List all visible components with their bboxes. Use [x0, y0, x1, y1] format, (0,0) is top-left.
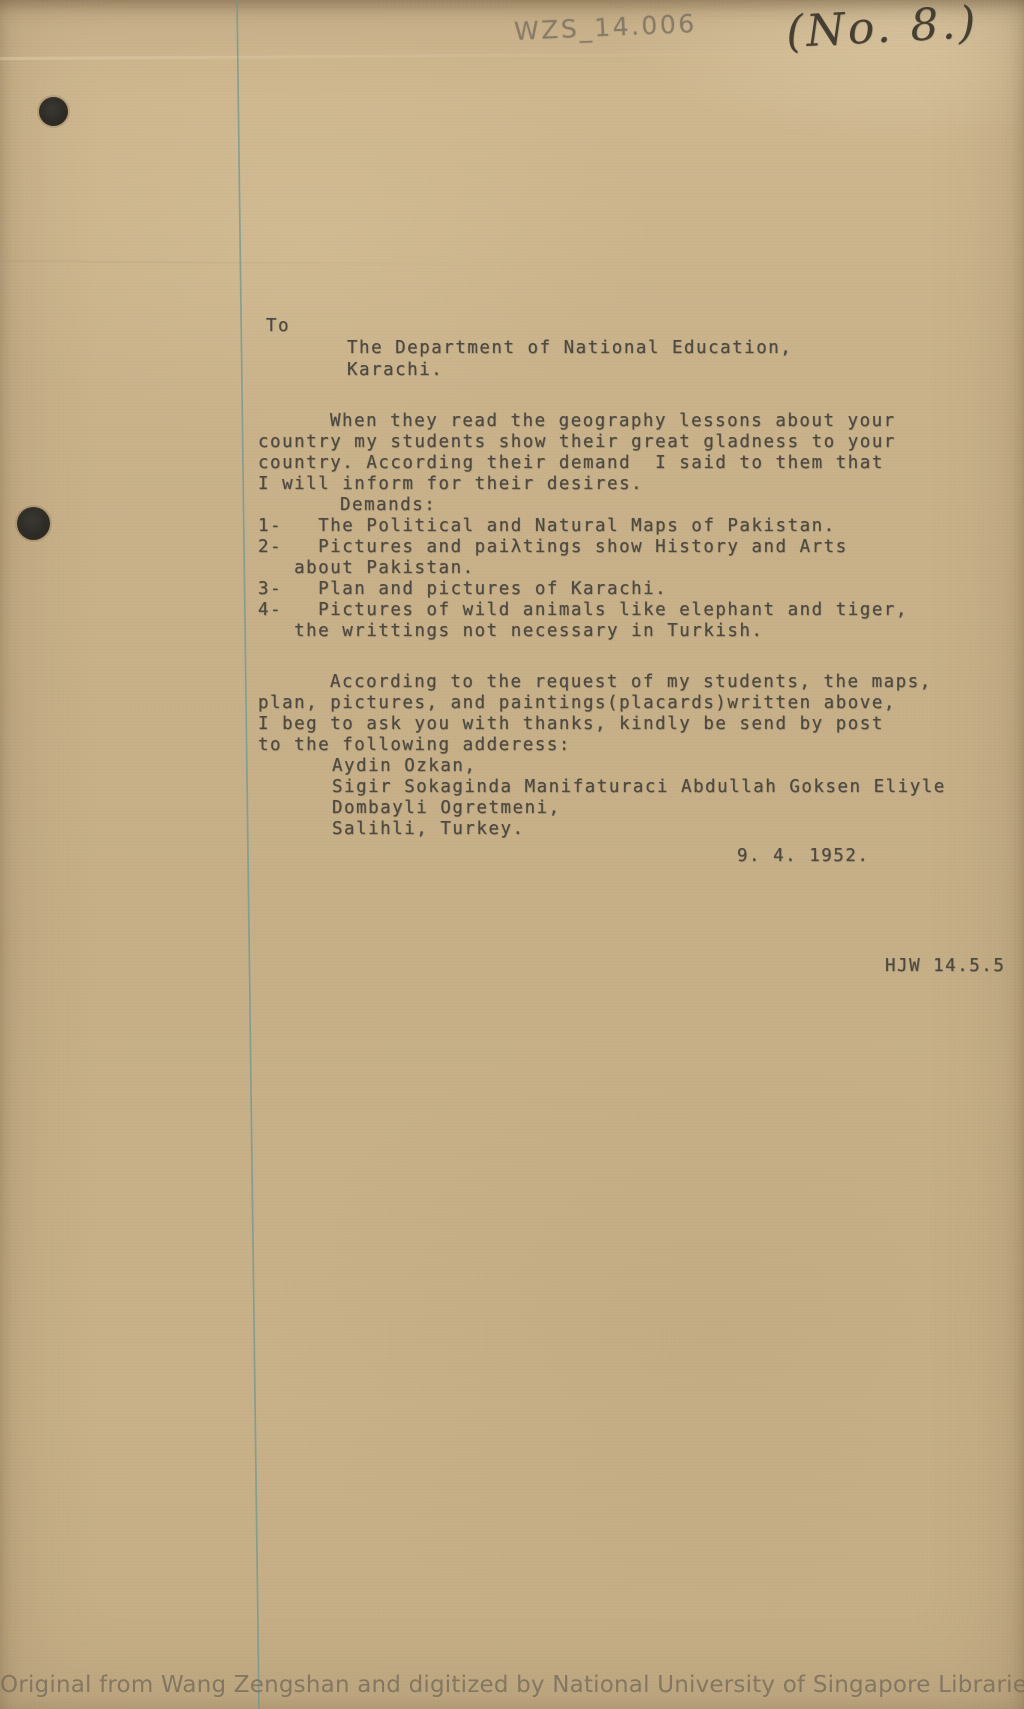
typed-line-address-teacher: Dombayli Ogretmeni, — [332, 798, 561, 819]
hole-punch — [17, 507, 50, 540]
typed-line-list-item-1: 1- The Political and Natural Maps of Pak… — [258, 516, 836, 537]
typed-line: plan, pictures, and paintings(placards)w… — [258, 693, 896, 714]
digitization-watermark: Original from Wang Zengshan and digitize… — [0, 1672, 1024, 1698]
typed-line-list-item-2-cont: about Pakistan. — [258, 558, 475, 579]
hole-punch — [39, 97, 68, 126]
scanned-letter-page: WZS_14.006 (No. 8.) To The Department of… — [0, 0, 1024, 1709]
typed-line-list-item-4-cont: the writtings not necessary in Turkish. — [258, 621, 764, 642]
typed-line: country my students show their great gla… — [258, 432, 896, 453]
typed-line: I will inform for their desires. — [258, 474, 643, 495]
typed-line-list-item-2: 2- Pictures and paiλtings show History a… — [258, 537, 848, 558]
typed-line-demands-heading: Demands: — [340, 495, 436, 516]
typed-line: When they read the geography lessons abo… — [330, 411, 896, 432]
handwritten-number-annotation: (No. 8.) — [785, 0, 980, 58]
typed-line: to the following adderess: — [258, 735, 571, 756]
typed-line-city: Karachi. — [347, 360, 443, 381]
typed-line-address-name: Aydin Ozkan, — [332, 756, 476, 777]
archive-code-pencil-annotation: WZS_14.006 — [513, 9, 697, 46]
typed-line: country. According their demand I said t… — [258, 453, 884, 474]
typed-line-list-item-3: 3- Plan and pictures of Karachi. — [258, 579, 667, 600]
ledger-margin-line — [0, 0, 1024, 1709]
typed-line: According to the request of my students,… — [330, 672, 932, 693]
reference-code-line: HJW 14.5.5 — [885, 956, 1005, 977]
typed-line-recipient: The Department of National Education, — [347, 338, 792, 359]
typed-line-list-item-4: 4- Pictures of wild animals like elephan… — [258, 600, 908, 621]
typed-line-salutation: To — [266, 316, 290, 337]
typed-line-address-street: Sigir Sokaginda Manifaturaci Abdullah Go… — [332, 777, 946, 798]
typed-line: I beg to ask you with thanks, kindly be … — [258, 714, 884, 735]
paper-crease — [0, 260, 563, 266]
date-line: 9. 4. 1952. — [737, 846, 869, 867]
typed-line-address-country: Salihli, Turkey. — [332, 819, 525, 840]
